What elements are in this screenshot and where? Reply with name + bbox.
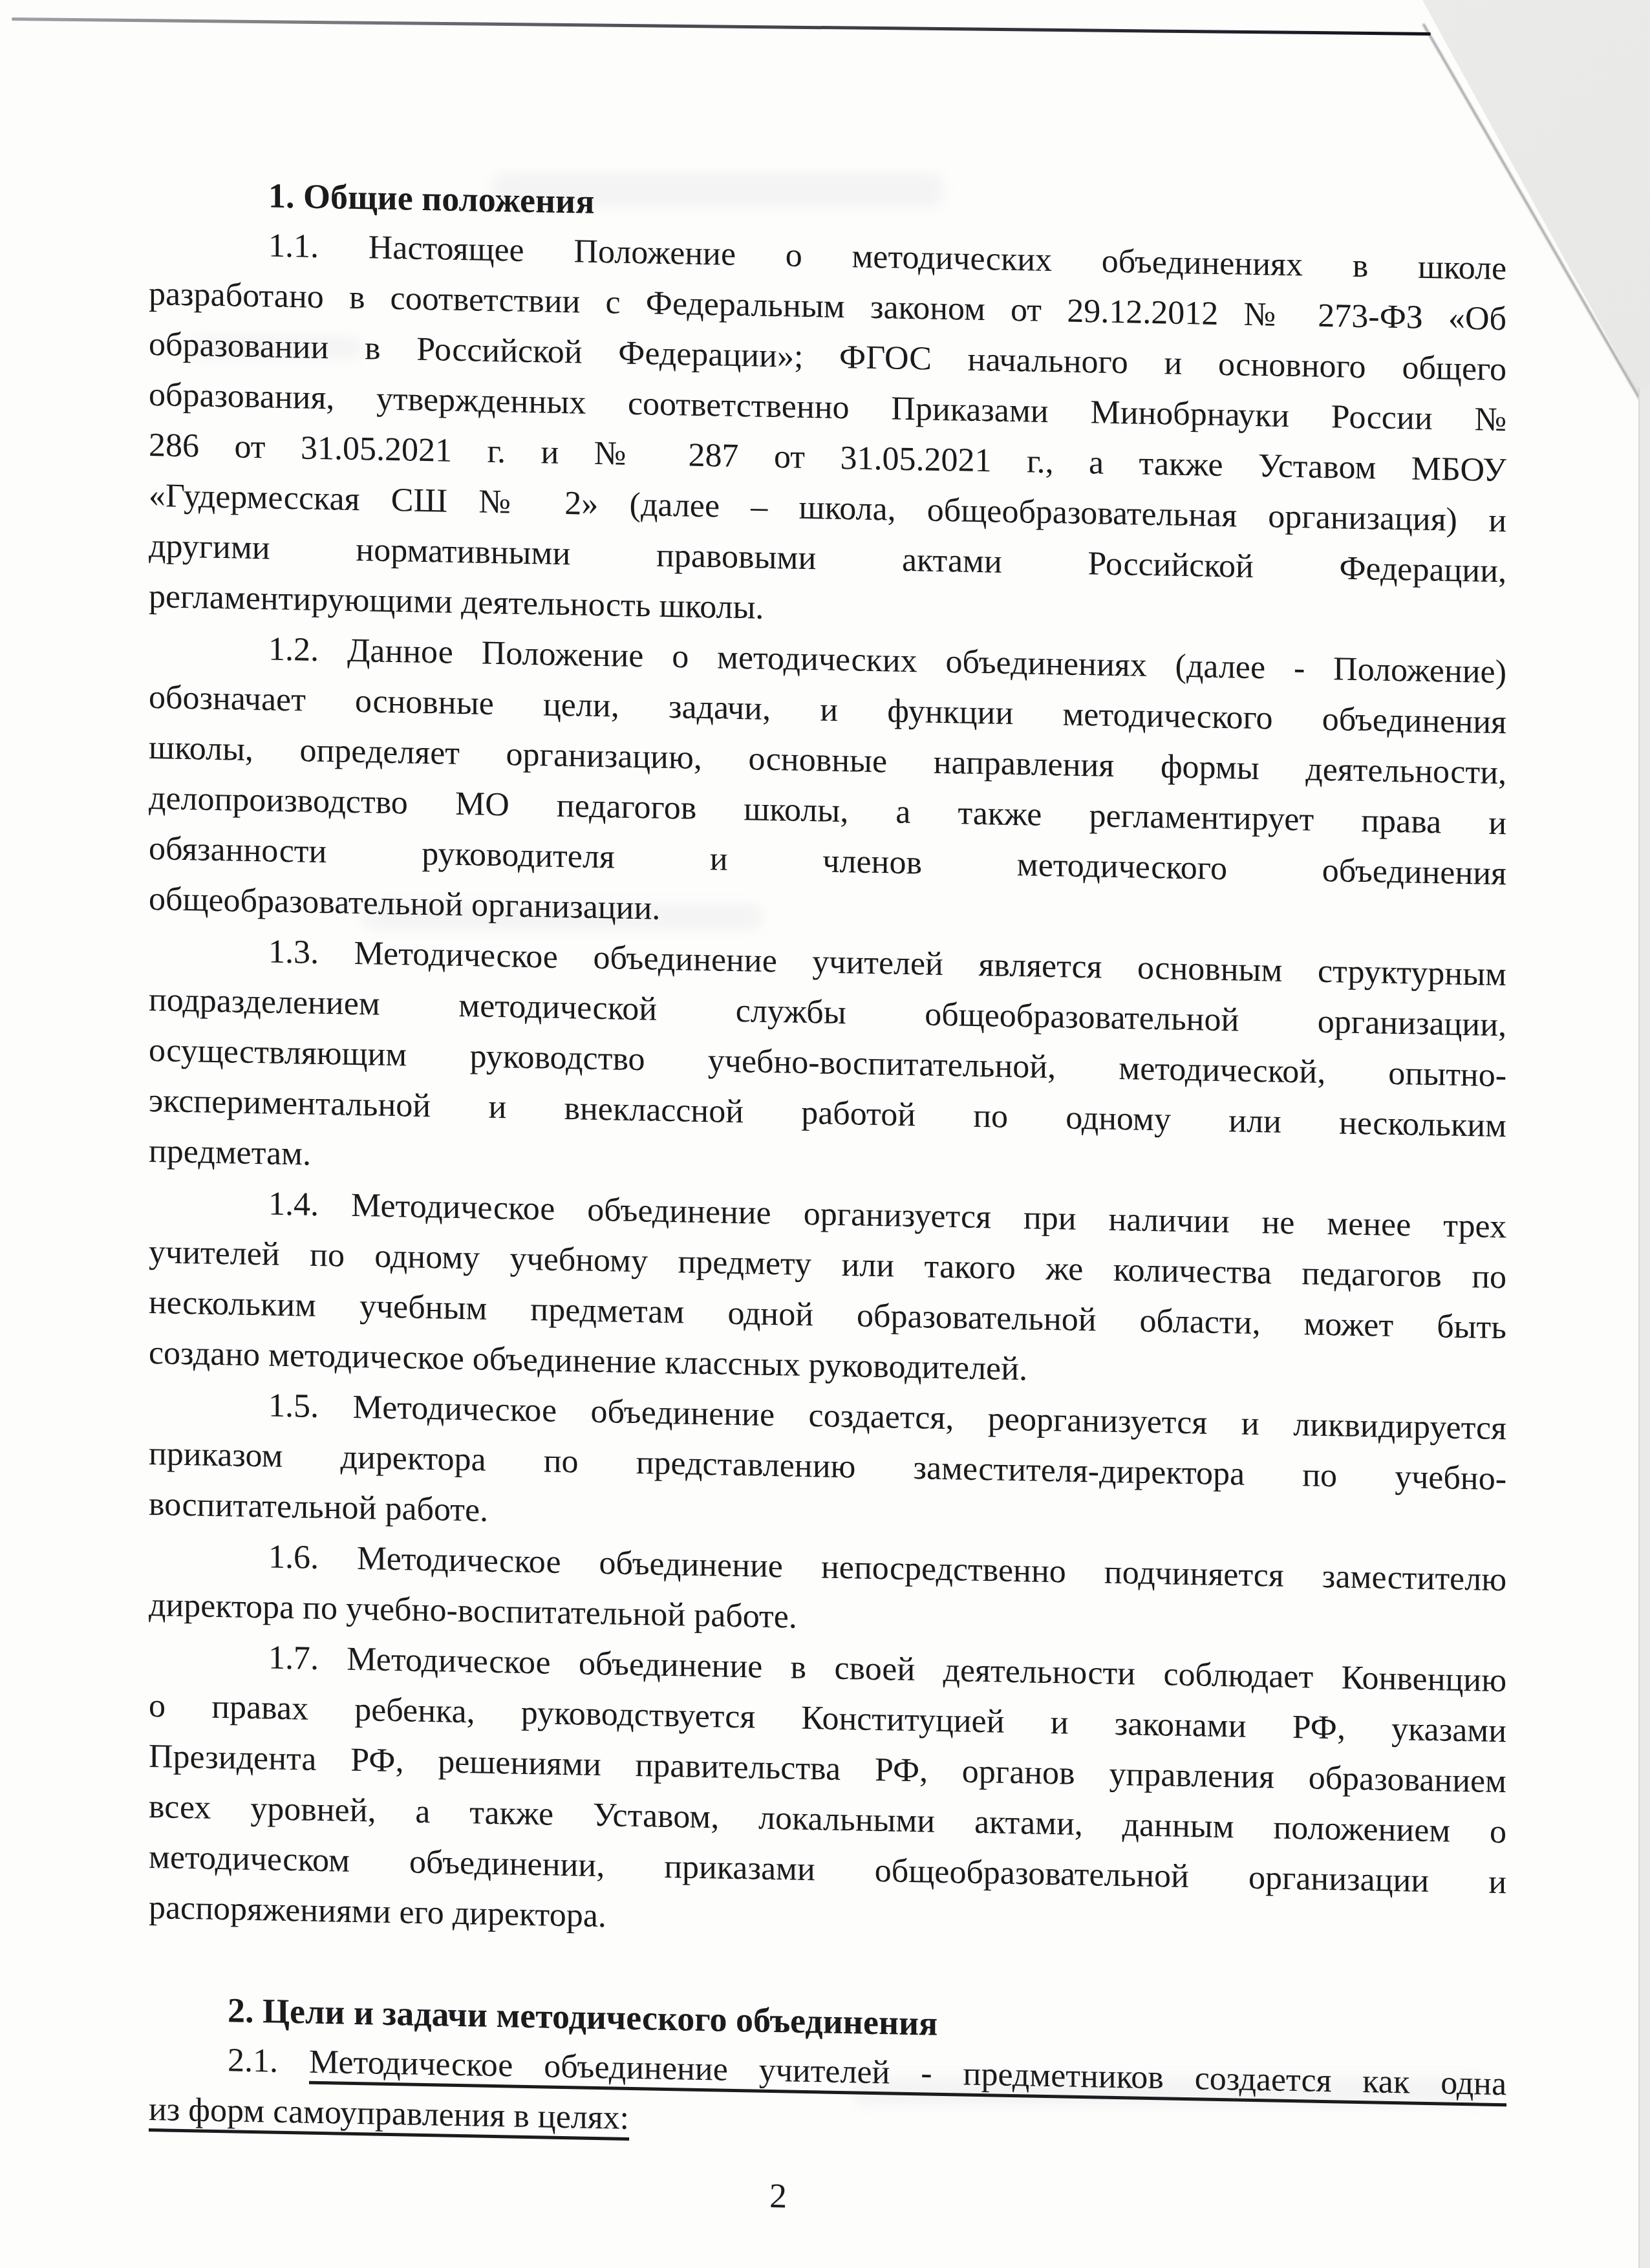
document-text-flow: 1. Общие положения1.1. Настоящее Положен… xyxy=(149,168,1506,2160)
scanned-document-page: { "document": { "page_number": "2", "ink… xyxy=(0,0,1650,2268)
underlined-text: из форм самоуправления в целях: xyxy=(149,2091,629,2137)
page-right-edge xyxy=(1638,388,1650,2268)
page-number-value: 2 xyxy=(769,2176,787,2216)
document-content: 1. Общие положения1.1. Настоящее Положен… xyxy=(149,168,1506,2229)
clause-number: 2.1. xyxy=(228,2042,309,2080)
scan-top-edge-line xyxy=(12,17,1431,36)
page-number: 2 xyxy=(149,2165,1506,2229)
